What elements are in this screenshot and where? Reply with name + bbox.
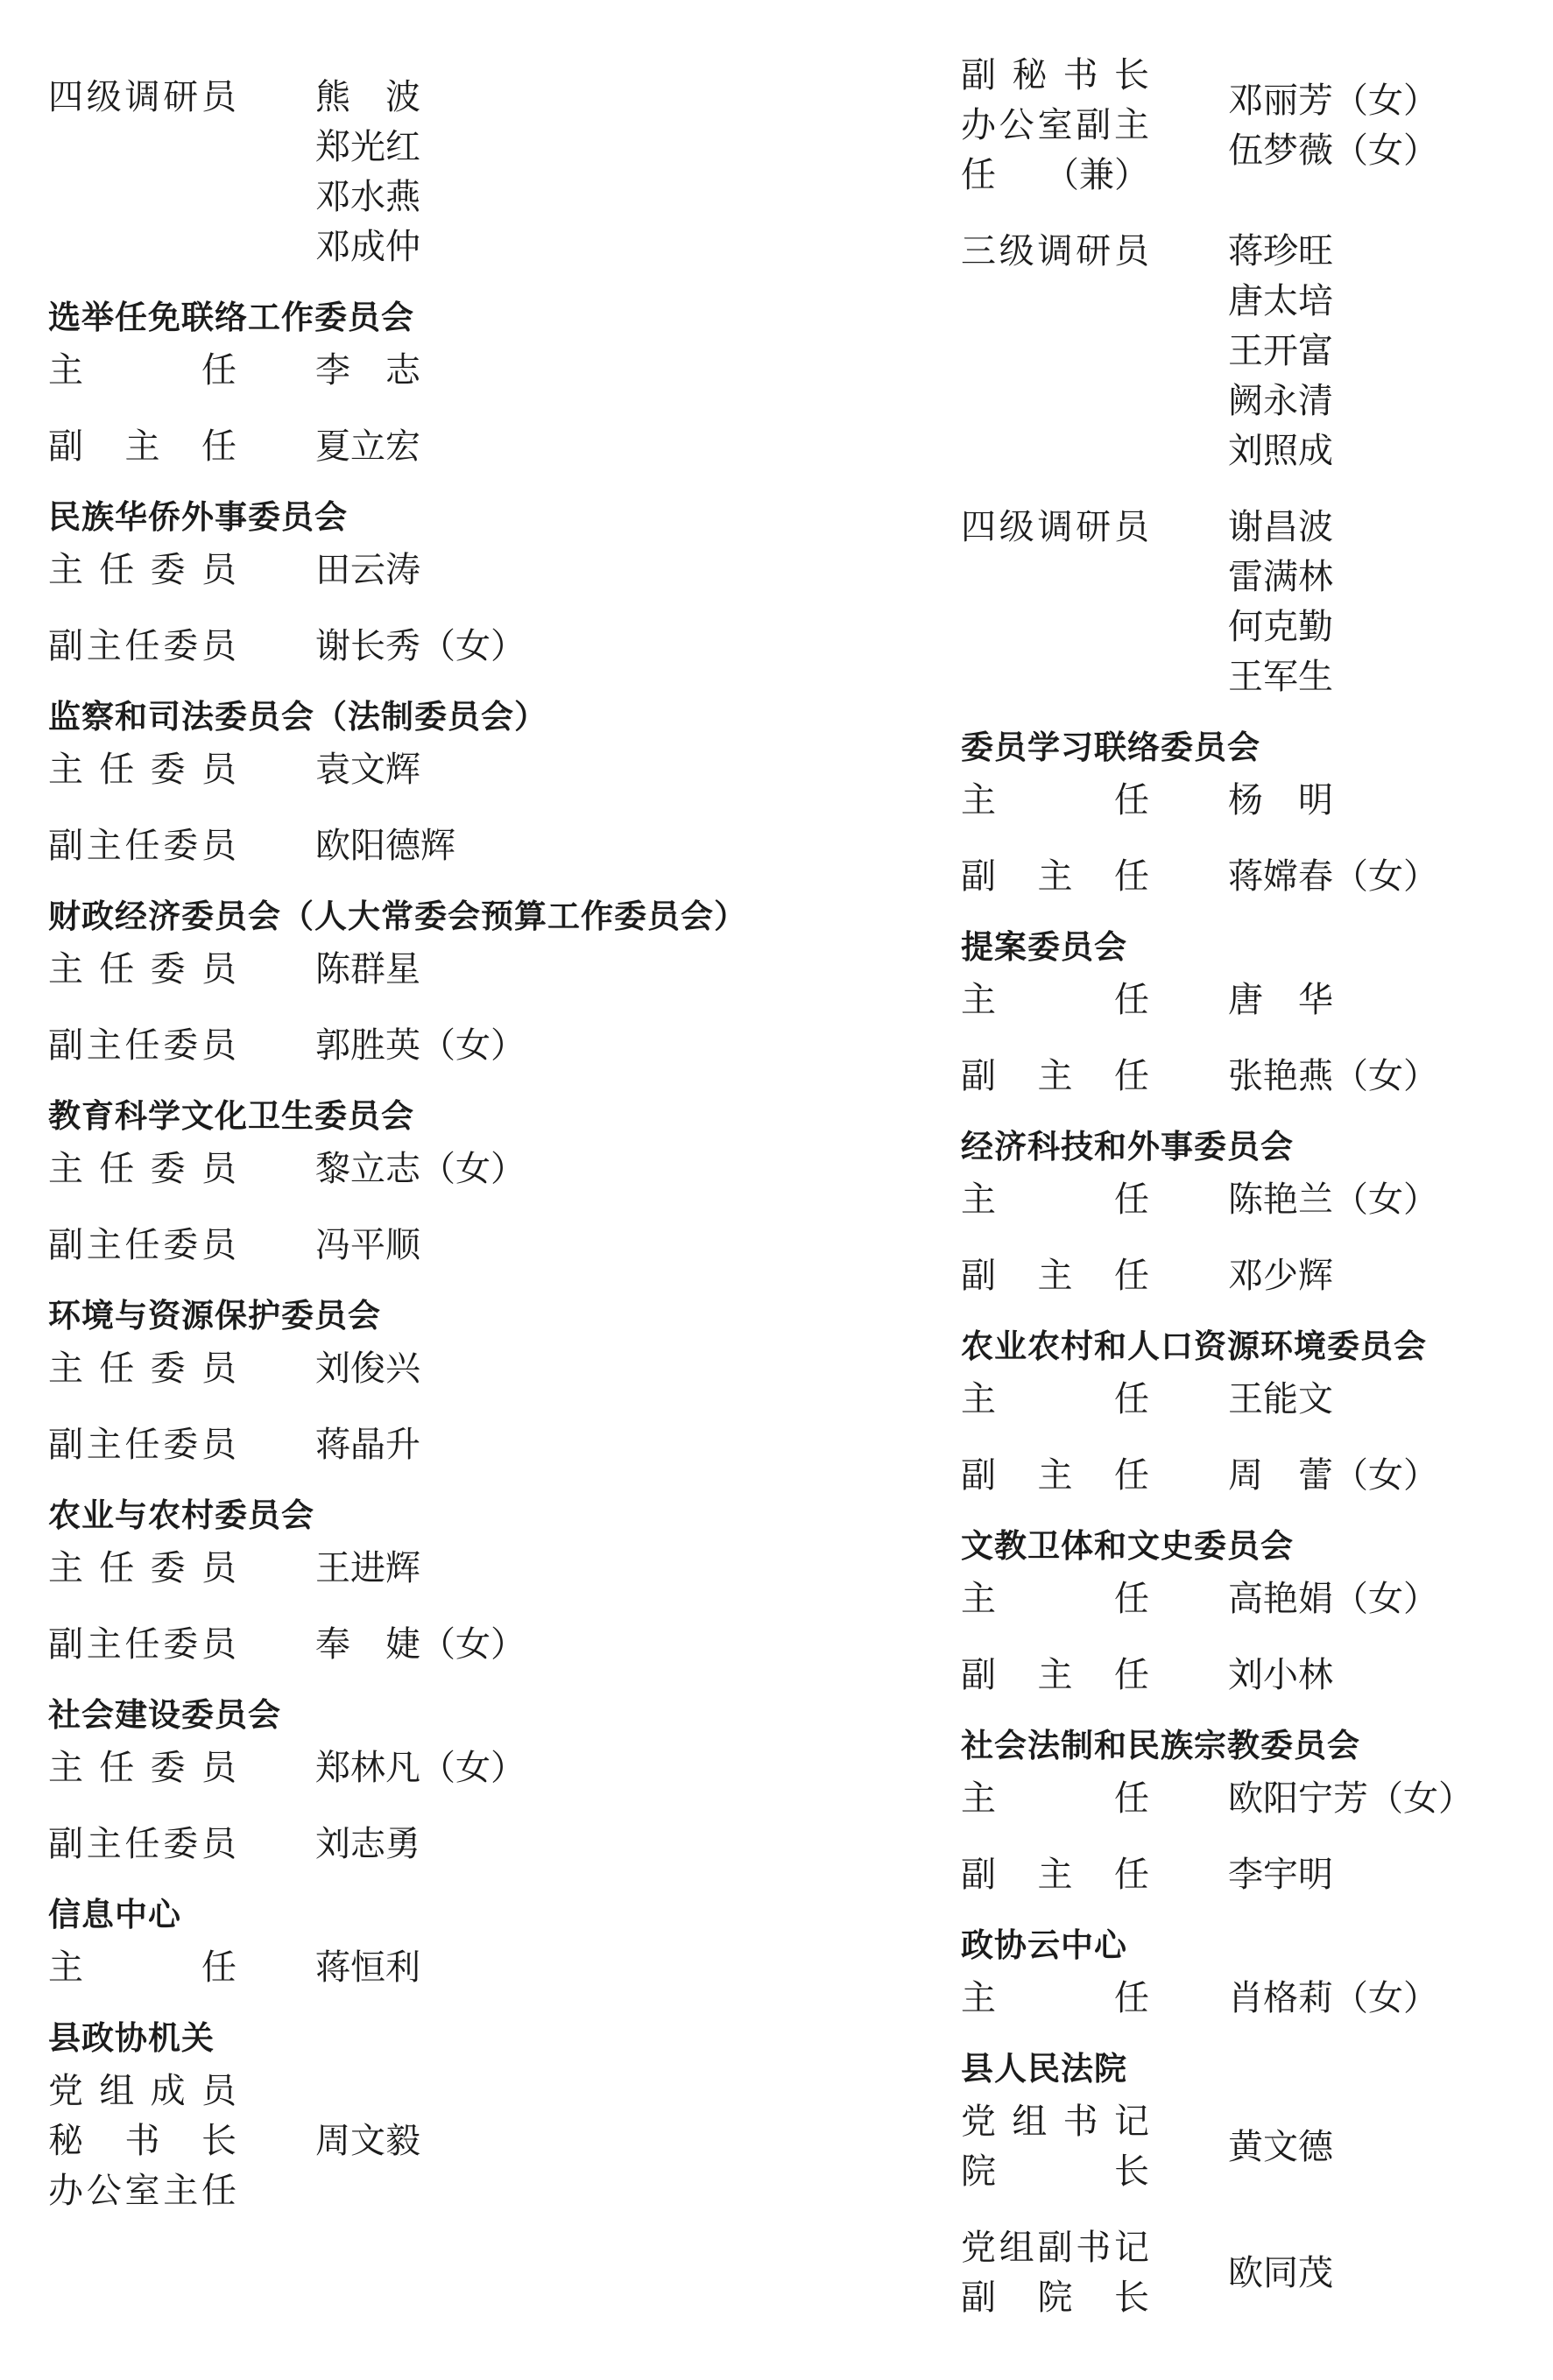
role-label-line: 党组成员 <box>48 2066 236 2116</box>
person-name: 邓成仲 <box>315 222 420 271</box>
roster-row: 主任杨 明 <box>961 775 1539 825</box>
section: 农业与农村委员会主任委员王进辉副主任委员奉 婕（女） <box>48 1490 961 1669</box>
section: 三级调研员蒋珍旺唐太培王开富阙永清刘照成 <box>961 226 1539 475</box>
roster-row: 三级调研员蒋珍旺唐太培王开富阙永清刘照成 <box>961 226 1539 475</box>
person-name: 杨 明 <box>1228 775 1333 825</box>
role-char: 室 <box>1038 100 1073 150</box>
person-name: 田云涛 <box>315 545 420 595</box>
role-label-line: 主任委员 <box>48 1144 236 1194</box>
section: 环境与资源保护委员会主任委员刘俊兴副主任委员蒋晶升 <box>48 1291 961 1469</box>
section-title: 委员学习联络委员会 <box>961 722 1539 772</box>
person-name: 谢昌波 <box>1228 502 1333 552</box>
role-label-line: 主任委员 <box>48 1543 236 1593</box>
role-label: 副秘书长办公室副主任（兼） <box>961 50 1149 200</box>
role-char: 员 <box>201 1819 236 1869</box>
role-label-line: 副主任 <box>961 1849 1149 1899</box>
person-name: 郑光红 <box>315 122 420 172</box>
role-label-line: 主任 <box>961 775 1149 825</box>
role-char: 主 <box>1114 100 1149 150</box>
role-char: 主 <box>48 1144 83 1194</box>
name-list: 蒋恒利 <box>315 1942 420 1992</box>
role-label: 副主任委员 <box>48 1419 236 1469</box>
role-label: 副主任委员 <box>48 820 236 870</box>
role-label-line: 主任 <box>48 1942 236 1992</box>
roster-row: 主任王能文 <box>961 1374 1539 1424</box>
role-char: 副 <box>961 50 996 100</box>
section-title: 财政经济委员会（人大常委会预算工作委员会） <box>48 891 961 941</box>
role-char: 调 <box>125 72 160 122</box>
section: 民族华侨外事委员会主任委员田云涛副主任委员谢长秀（女） <box>48 492 961 671</box>
roster-row: 副主任刘小林 <box>961 1650 1539 1700</box>
person-name: 陈群星 <box>315 944 420 994</box>
role-char: 副 <box>48 621 83 671</box>
person-name: 张艳燕（女） <box>1228 1051 1438 1101</box>
person-name: 唐太培 <box>1228 276 1333 326</box>
role-char: 副 <box>1038 2222 1073 2272</box>
role-char: 任 <box>1114 1051 1149 1101</box>
person-name: 蒋珍旺 <box>1228 226 1333 276</box>
role-char: 主 <box>87 1020 122 1070</box>
role-label-line: 院长 <box>961 2146 1149 2196</box>
section-title: 农业与农村委员会 <box>48 1490 961 1540</box>
person-name: 熊 波 <box>315 72 420 122</box>
role-char: 书 <box>1076 2222 1111 2272</box>
role-char: 任 <box>201 345 236 395</box>
name-list: 蒋嫦春（女） <box>1228 851 1438 901</box>
role-char: 委 <box>151 1543 186 1593</box>
role-label-line: 副主任 <box>48 421 236 471</box>
name-list: 王进辉 <box>315 1543 420 1593</box>
role-char: 任 <box>201 2165 236 2215</box>
role-char: 主 <box>1038 1250 1073 1300</box>
role-label-line: 副主任委员 <box>48 621 236 671</box>
section: 县人民法院党组书记院长黄文德党组副书记副院长欧同茂 <box>961 2044 1539 2322</box>
section: 四级调研员谢昌波雷满林何克勤王军生 <box>961 502 1539 701</box>
roster-row: 党组书记院长黄文德 <box>961 2096 1539 2196</box>
role-label: 主任委员 <box>48 1343 236 1393</box>
name-list: 田云涛 <box>315 545 420 595</box>
role-label: 主任 <box>961 1374 1149 1424</box>
role-label: 副主任 <box>961 1051 1149 1101</box>
role-char: 主 <box>48 944 83 994</box>
role-label: 副主任 <box>961 1250 1149 1300</box>
role-char: 公 <box>999 100 1034 150</box>
role-label-line: 主任 <box>48 345 236 395</box>
role-char: 调 <box>1038 502 1073 552</box>
roster-row: 副主任张艳燕（女） <box>961 1051 1539 1101</box>
section: 县政协机关党组成员秘书长办公室主任周文毅 <box>48 2013 961 2215</box>
role-label: 副主任委员 <box>48 621 236 671</box>
role-char: 级 <box>87 72 122 122</box>
role-char: 级 <box>999 226 1034 276</box>
role-char: 副 <box>48 1819 83 1869</box>
role-char: 院 <box>961 2146 996 2196</box>
role-char: 党 <box>961 2222 996 2272</box>
role-char: 任 <box>201 1942 236 1992</box>
role-label: 四级调研员 <box>961 502 1149 552</box>
role-label: 三级调研员 <box>961 226 1149 276</box>
person-name: 肖格莉（女） <box>1228 1973 1438 2023</box>
name-list: 周文毅 <box>315 2116 420 2165</box>
role-char: 副 <box>48 421 83 471</box>
name-list: 谢长秀（女） <box>315 621 526 671</box>
role-char: 委 <box>163 1220 198 1270</box>
role-char: 书 <box>125 2116 160 2165</box>
role-char: 任 <box>99 545 134 595</box>
role-label: 主任委员 <box>48 944 236 994</box>
role-label-line: 副主任 <box>961 1650 1149 1700</box>
role-char: 主 <box>961 975 996 1025</box>
role-char: 任 <box>1114 1973 1149 2023</box>
name-list: 王能文 <box>1228 1374 1333 1424</box>
role-char: 主 <box>48 1543 83 1593</box>
role-char: 任 <box>201 421 236 471</box>
role-label-line: 副主任委员 <box>48 820 236 870</box>
name-list: 欧阳宁芳（女） <box>1228 1773 1473 1823</box>
roster-row: 主任唐 华 <box>961 975 1539 1025</box>
role-label-line: 副院长 <box>961 2272 1149 2322</box>
roster-row: 主任委员刘俊兴 <box>48 1343 961 1393</box>
section: 信息中心主任蒋恒利 <box>48 1890 961 1992</box>
role-label: 副主任委员 <box>48 1819 236 1869</box>
right-column: 副秘书长办公室副主任（兼）邓丽芳（女）伍梦薇（女）三级调研员蒋珍旺唐太培王开富阙… <box>961 50 1539 2322</box>
person-name: 李 志 <box>315 345 420 395</box>
role-char: 委 <box>151 944 186 994</box>
section: 副秘书长办公室副主任（兼）邓丽芳（女）伍梦薇（女） <box>961 50 1539 200</box>
role-char: 主 <box>87 621 122 671</box>
role-char: 任 <box>1114 851 1149 901</box>
roster-row: 副主任李宇明 <box>961 1849 1539 1899</box>
role-label-line: 主任 <box>961 1374 1149 1424</box>
roster-row: 副主任邓少辉 <box>961 1250 1539 1300</box>
role-label-line: 副秘书长 <box>961 50 1149 100</box>
role-char: 主 <box>961 1374 996 1424</box>
role-char: 任 <box>125 1819 160 1869</box>
role-label-line: 主任 <box>961 1174 1149 1224</box>
role-char: 副 <box>48 1419 83 1469</box>
person-name: 高艳娟（女） <box>1228 1574 1438 1623</box>
role-char: 任 <box>1114 975 1149 1025</box>
role-char: 主 <box>87 1619 122 1669</box>
section: 经济科技和外事委员会主任陈艳兰（女）副主任邓少辉 <box>961 1122 1539 1300</box>
roster-row: 副主任委员刘志勇 <box>48 1819 961 1869</box>
roster-row: 主任李 志 <box>48 345 961 395</box>
role-char: 任 <box>125 621 160 671</box>
roster-row: 副主任委员奉 婕（女） <box>48 1619 961 1669</box>
role-char: 委 <box>163 1819 198 1869</box>
section-title: 社会建设委员会 <box>48 1690 961 1740</box>
role-char: 副 <box>961 1650 996 1700</box>
role-char: 任 <box>125 1419 160 1469</box>
role-label: 副主任 <box>961 1650 1149 1700</box>
role-char: 任 <box>1114 1849 1149 1899</box>
role-char: 员 <box>201 2066 236 2116</box>
person-name: 王军生 <box>1228 651 1333 701</box>
section-title: 县人民法院 <box>961 2044 1539 2094</box>
role-char: 员 <box>201 820 236 870</box>
role-char: 员 <box>201 545 236 595</box>
role-label: 主任 <box>961 1973 1149 2023</box>
section: 财政经济委员会（人大常委会预算工作委员会）主任委员陈群星副主任委员郭胜英（女） <box>48 891 961 1070</box>
name-list: 李宇明 <box>1228 1849 1333 1899</box>
person-name: 蒋恒利 <box>315 1942 420 1992</box>
name-list: 袁文辉 <box>315 744 420 794</box>
left-column: 四级调研员熊 波郑光红邓水燕邓成仲选举任免联络工作委员会主任李 志副主任夏立宏民… <box>48 50 961 2322</box>
section-title: 农业农村和人口资源环境委员会 <box>961 1321 1539 1371</box>
roster-row: 副主任夏立宏 <box>48 421 961 471</box>
name-list: 郑林凡（女） <box>315 1743 526 1792</box>
roster-row: 副主任委员郭胜英（女） <box>48 1020 961 1070</box>
role-label-line: 副主任 <box>961 851 1149 901</box>
role-char: 主 <box>48 744 83 794</box>
role-char: 四 <box>48 72 83 122</box>
role-char: 组 <box>99 2066 134 2116</box>
role-char: 记 <box>1114 2096 1149 2146</box>
role-char: 主 <box>87 1220 122 1270</box>
role-label-line: 副主任 <box>961 1051 1149 1101</box>
role-char: 委 <box>163 621 198 671</box>
role-label-line: 主任委员 <box>48 545 236 595</box>
name-list: 谢昌波雷满林何克勤王军生 <box>1228 502 1333 701</box>
roster-row: 主任肖格莉（女） <box>961 1973 1539 2023</box>
role-char: 院 <box>1038 2272 1073 2322</box>
roster-row: 四级调研员熊 波郑光红邓水燕邓成仲 <box>48 72 961 271</box>
roster-row: 主任陈艳兰（女） <box>961 1174 1539 1224</box>
person-name: 刘志勇 <box>315 1819 420 1869</box>
name-list: 陈艳兰（女） <box>1228 1174 1438 1224</box>
person-name: 周文毅 <box>315 2116 420 2165</box>
role-char: 主 <box>1038 1650 1073 1700</box>
role-label: 主任 <box>961 1773 1149 1823</box>
person-name: 邓少辉 <box>1228 1250 1333 1300</box>
role-char: 任 <box>125 1020 160 1070</box>
role-char: 任 <box>99 1144 134 1194</box>
roster-row: 主任委员田云涛 <box>48 545 961 595</box>
roster-row: 副主任周 蕾（女） <box>961 1450 1539 1500</box>
role-label-line: 主任委员 <box>48 744 236 794</box>
role-label-line: 副主任 <box>961 1450 1149 1500</box>
role-label: 党组副书记副院长 <box>961 2222 1149 2322</box>
role-char: 调 <box>1038 226 1073 276</box>
section: 选举任免联络工作委员会主任李 志副主任夏立宏 <box>48 292 961 471</box>
person-name: 袁文辉 <box>315 744 420 794</box>
section-title: 县政协机关 <box>48 2013 961 2063</box>
role-label-line: 主任 <box>961 1973 1149 2023</box>
role-char: 委 <box>163 1020 198 1070</box>
role-label-line: 副主任委员 <box>48 1020 236 1070</box>
section-title: 监察和司法委员会（法制委员会） <box>48 692 961 742</box>
role-char: 员 <box>201 1743 236 1792</box>
roster-row: 四级调研员谢昌波雷满林何克勤王军生 <box>961 502 1539 701</box>
role-char: 副 <box>48 1020 83 1070</box>
role-char: 委 <box>151 545 186 595</box>
role-char: 任 <box>1114 1574 1149 1623</box>
roster-row: 主任委员王进辉 <box>48 1543 961 1593</box>
roster-row: 主任蒋恒利 <box>48 1942 961 1992</box>
role-label-line: 党组副书记 <box>961 2222 1149 2272</box>
person-name: 何克勤 <box>1228 602 1333 651</box>
role-label: 副主任 <box>961 1849 1149 1899</box>
role-char: 组 <box>1012 2096 1047 2146</box>
person-name: 伍梦薇（女） <box>1228 125 1438 175</box>
role-char: 主 <box>961 775 996 825</box>
role-char: 主 <box>961 1574 996 1623</box>
columns-wrapper: 四级调研员熊 波郑光红邓水燕邓成仲选举任免联络工作委员会主任李 志副主任夏立宏民… <box>0 50 1553 2322</box>
role-label-line: 主任 <box>961 975 1149 1025</box>
roster-row: 主任委员郑林凡（女） <box>48 1743 961 1792</box>
role-char: 员 <box>201 621 236 671</box>
role-char: 主 <box>48 1942 83 1992</box>
name-list: 刘小林 <box>1228 1650 1333 1700</box>
role-char: 主 <box>48 345 83 395</box>
role-char: 秘 <box>48 2116 83 2165</box>
section-title: 信息中心 <box>48 1890 961 1940</box>
person-name: 郭胜英（女） <box>315 1020 526 1070</box>
role-label-line: 副主任 <box>961 1250 1149 1300</box>
role-char: 任 <box>961 150 996 200</box>
person-name: 周 蕾（女） <box>1228 1450 1438 1500</box>
role-char: 委 <box>151 744 186 794</box>
role-char: 委 <box>163 1419 198 1469</box>
role-char: 委 <box>163 820 198 870</box>
role-char: 任 <box>125 820 160 870</box>
roster-row: 主任委员陈群星 <box>48 944 961 994</box>
role-char: 长 <box>1114 2272 1149 2322</box>
role-char: 四 <box>961 502 996 552</box>
role-char: 副 <box>961 2272 996 2322</box>
person-name: 阙永清 <box>1228 376 1333 426</box>
role-char: 主 <box>48 545 83 595</box>
role-char: 副 <box>48 1220 83 1270</box>
name-list: 邓丽芳（女）伍梦薇（女） <box>1228 75 1438 175</box>
role-label: 主任委员 <box>48 1743 236 1792</box>
role-char: 副 <box>1076 100 1111 150</box>
role-char: 副 <box>961 1849 996 1899</box>
role-label: 副主任 <box>48 421 236 471</box>
role-label-line: 副主任委员 <box>48 1619 236 1669</box>
section-title: 政协云中心 <box>961 1920 1539 1970</box>
role-char: 研 <box>1076 226 1111 276</box>
person-name: 王能文 <box>1228 1374 1333 1424</box>
role-label: 副主任 <box>961 851 1149 901</box>
name-list: 杨 明 <box>1228 775 1333 825</box>
role-label: 主任委员 <box>48 545 236 595</box>
person-name: 刘照成 <box>1228 426 1333 475</box>
role-char: 员 <box>201 1619 236 1669</box>
role-char: 任 <box>1114 775 1149 825</box>
role-char: 任 <box>1114 1773 1149 1823</box>
person-name: 李宇明 <box>1228 1849 1333 1899</box>
name-list: 奉 婕（女） <box>315 1619 526 1669</box>
role-label-line: 任（兼） <box>961 150 1149 200</box>
name-list: 周 蕾（女） <box>1228 1450 1438 1500</box>
name-list: 刘俊兴 <box>315 1343 420 1393</box>
role-label: 副主任委员 <box>48 1020 236 1070</box>
role-label-line: 副主任委员 <box>48 1419 236 1469</box>
person-name: 谢长秀（女） <box>315 621 526 671</box>
role-char: 成 <box>151 2066 186 2116</box>
role-char: 研 <box>1076 502 1111 552</box>
name-list: 蒋晶升 <box>315 1419 420 1469</box>
role-label-line: 党组书记 <box>961 2096 1149 2146</box>
role-label-line: 三级调研员 <box>961 226 1149 276</box>
role-char: 长 <box>1114 2146 1149 2196</box>
role-char: 任 <box>1114 1374 1149 1424</box>
role-char: 副 <box>48 1619 83 1669</box>
roster-row: 党组副书记副院长欧同茂 <box>961 2222 1539 2322</box>
section: 提案委员会主任唐 华副主任张艳燕（女） <box>961 922 1539 1101</box>
name-list: 唐 华 <box>1228 975 1333 1025</box>
role-char: 任 <box>125 1619 160 1669</box>
role-label: 主任 <box>961 975 1149 1025</box>
role-char: 任 <box>1114 1250 1149 1300</box>
role-char: 任 <box>99 1543 134 1593</box>
name-list: 熊 波郑光红邓水燕邓成仲 <box>315 72 420 271</box>
role-char: 员 <box>201 944 236 994</box>
section-title: 选举任免联络工作委员会 <box>48 292 961 342</box>
role-label: 主任 <box>961 1574 1149 1623</box>
person-name: 陈艳兰（女） <box>1228 1174 1438 1224</box>
role-label: 主任 <box>48 345 236 395</box>
role-label: 主任委员 <box>48 744 236 794</box>
role-char: （兼） <box>1044 150 1149 200</box>
role-char: 副 <box>961 1250 996 1300</box>
role-char: 主 <box>1038 1051 1073 1101</box>
person-name: 黄文德 <box>1228 2122 1333 2172</box>
roster-row: 副秘书长办公室副主任（兼）邓丽芳（女）伍梦薇（女） <box>961 50 1539 200</box>
person-name: 王进辉 <box>315 1543 420 1593</box>
role-char: 主 <box>1038 851 1073 901</box>
name-list: 张艳燕（女） <box>1228 1051 1438 1101</box>
role-char: 任 <box>99 1343 134 1393</box>
role-label-line: 主任委员 <box>48 1343 236 1393</box>
roster-row: 党组成员秘书长办公室主任周文毅 <box>48 2066 961 2215</box>
role-char: 任 <box>1114 1174 1149 1224</box>
person-name: 蒋晶升 <box>315 1419 420 1469</box>
roster-row: 主任欧阳宁芳（女） <box>961 1773 1539 1823</box>
role-char: 副 <box>961 851 996 901</box>
role-char: 主 <box>961 1773 996 1823</box>
role-char: 任 <box>99 744 134 794</box>
name-list: 欧同茂 <box>1228 2248 1333 2298</box>
person-name: 黎立志（女） <box>315 1144 526 1194</box>
name-list: 冯平顺 <box>315 1220 420 1270</box>
role-char: 员 <box>201 1543 236 1593</box>
name-list: 高艳娟（女） <box>1228 1574 1438 1623</box>
role-char: 委 <box>151 1144 186 1194</box>
role-char: 员 <box>201 744 236 794</box>
person-name: 王开富 <box>1228 326 1333 376</box>
role-label: 四级调研员 <box>48 72 236 122</box>
role-char: 副 <box>48 820 83 870</box>
person-name: 夏立宏 <box>315 421 420 471</box>
roster-row: 主任委员袁文辉 <box>48 744 961 794</box>
person-name: 郑林凡（女） <box>315 1743 526 1792</box>
section-title: 文教卫体和文史委员会 <box>961 1521 1539 1571</box>
role-char: 任 <box>1114 1450 1149 1500</box>
role-char: 主 <box>87 820 122 870</box>
section: 四级调研员熊 波郑光红邓水燕邓成仲 <box>48 72 961 271</box>
role-char: 办 <box>48 2165 83 2215</box>
role-label: 主任 <box>48 1942 236 1992</box>
role-label-line: 办公室主任 <box>48 2165 236 2215</box>
role-char: 主 <box>1038 1849 1073 1899</box>
name-list: 陈群星 <box>315 944 420 994</box>
role-label-line: 秘书长 <box>48 2116 236 2165</box>
person-name: 欧阳宁芳（女） <box>1228 1773 1473 1823</box>
role-label-line: 办公室副主 <box>961 100 1149 150</box>
role-char: 长 <box>1114 50 1149 100</box>
